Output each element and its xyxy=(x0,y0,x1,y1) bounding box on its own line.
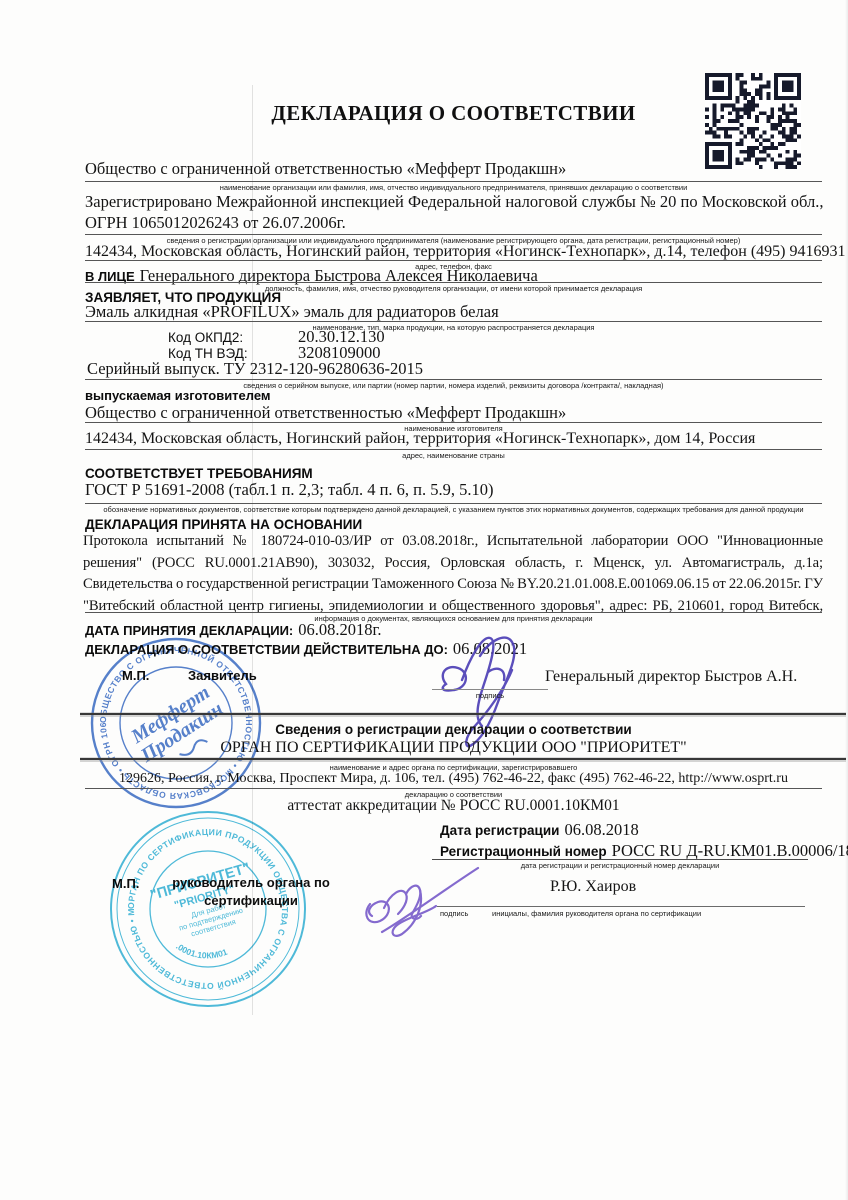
declaration-document: ДЕКЛАРАЦИЯ О СООТВЕТСТВИИ Общество с огр… xyxy=(0,0,848,1200)
declarant-signer: Генеральный директор Быстров А.Н. xyxy=(545,668,797,686)
field-caption: дата регистрации и регистрационный номер… xyxy=(432,861,808,871)
signature-caption-certifier: подпись xyxy=(440,909,468,919)
field-caption: наименование организации или фамилия, им… xyxy=(85,181,822,193)
separator-line-top xyxy=(80,713,846,715)
field-caption: адрес, наименование страны xyxy=(85,449,822,461)
initials-caption: инициалы, фамилия руководителя органа по… xyxy=(492,909,701,919)
basis-text: Протокола испытаний № 180724-010-03/ИР о… xyxy=(83,531,823,619)
declarant-address: 142434, Московская область, Ногинский ра… xyxy=(85,243,846,261)
certification-body-address: 129626, Россия, г. Москва, Проспект Мира… xyxy=(85,771,822,787)
declarant-name: Общество с ограниченной ответственностью… xyxy=(85,160,566,179)
certifier-head-name: Р.Ю. Хаиров xyxy=(550,878,636,896)
manufacturer-name: Общество с ограниченной ответственностью… xyxy=(85,404,566,423)
qr-code xyxy=(705,73,801,169)
declarant-registration-line2: ОГРН 1065012026243 от 26.07.2006г. xyxy=(85,214,346,233)
made-by-heading: выпускаемая изготовителем xyxy=(85,389,271,404)
signature-line xyxy=(432,689,548,690)
reg-number-underline xyxy=(432,859,808,860)
reg-date-value: 06.08.2018 xyxy=(564,820,638,839)
reg-number-label: Регистрационный номер xyxy=(440,844,607,859)
registration-section-title: Сведения о регистрации декларации о соот… xyxy=(85,722,822,737)
serial-info: Серийный выпуск. ТУ 2312-120-96280636-20… xyxy=(87,360,423,379)
okpd2-label: Код ОКПД2: xyxy=(168,330,243,345)
reg-date-row: Дата регистрации06.08.2018 xyxy=(440,821,639,840)
signature-line-certifier xyxy=(437,906,805,907)
separator-line-bottom xyxy=(80,758,846,760)
standards: ГОСТ Р 51691-2008 (табл.1 п. 2,3; табл. … xyxy=(85,481,493,500)
certification-body-name: ОРГАН ПО СЕРТИФИКАЦИИ ПРОДУКЦИИ ООО "ПРИ… xyxy=(85,739,822,757)
product-name: Эмаль алкидная «PROFILUX» эмаль для ради… xyxy=(85,303,499,322)
adoption-date-value: 06.08.2018г. xyxy=(298,620,381,639)
signature-caption: подпись xyxy=(432,691,548,701)
manufacturer-address: 142434, Московская область, Ногинский ра… xyxy=(85,430,755,448)
reg-date-label: Дата регистрации xyxy=(440,823,559,838)
reg-number-value: РОСС RU Д-RU.КМ01.В.00006/18 xyxy=(612,841,848,860)
certification-stamp: ОРГАН ПО СЕРТИФИКАЦИИ ПРОДУКЦИИ ОБЩЕСТВА… xyxy=(108,809,308,1009)
declarant-registration-line1: Зарегистрировано Межрайонной инспекцией … xyxy=(85,193,823,212)
qr-code-pattern xyxy=(705,73,801,169)
field-caption: обозначение нормативных документов, соот… xyxy=(85,503,822,515)
